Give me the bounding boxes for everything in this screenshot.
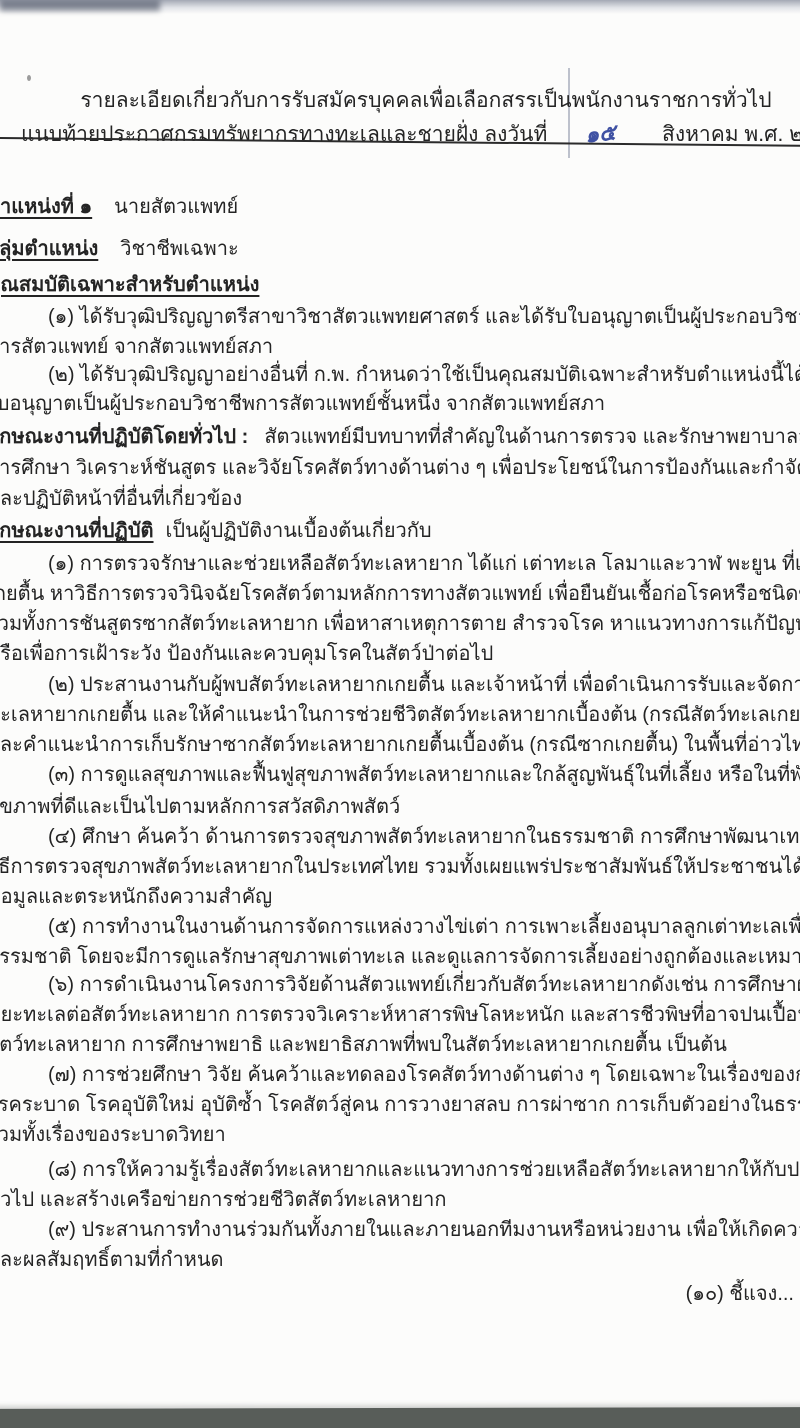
- doc-line: เกยตื้น หาวิธีการตรวจวินิจฉัยโรคสัตว์ตาม…: [0, 581, 800, 607]
- doc-line: (๘) การให้ความรู้เรื่องสัตว์ทะเลหายากและ…: [48, 1157, 800, 1183]
- group-label: กลุ่มตำแหน่ง: [0, 238, 98, 260]
- doc-line: (๒) ประสานงานกับผู้พบสัตว์ทะเลหายากเกยตื…: [48, 672, 800, 698]
- group-value: วิชาชีพเฉพาะ: [120, 238, 238, 260]
- doc-line: (๓) การดูแลสุขภาพและฟื้นฟูสุขภาพสัตว์ทะเ…: [48, 762, 800, 788]
- document-title: รายละเอียดเกี่ยวกับการรับสมัครบุคคลเพื่อ…: [26, 84, 800, 117]
- doc-line: การสัตวแพทย์ จากสัตวแพทย์สภา: [0, 334, 273, 360]
- doc-line: ธรรมชาติ โดยจะมีการดูแลรักษาสุขภาพเต่าทะ…: [0, 944, 800, 970]
- doc-line: (๗) การช่วยศึกษา วิจัย ค้นคว้าและทดลองโร…: [48, 1062, 800, 1088]
- doc-line: วิธีการตรวจสุขภาพสัตว์ทะเลหายากในประเทศไ…: [0, 854, 800, 880]
- duties-heading: ลักษณะงานที่ปฏิบัติ: [0, 520, 154, 542]
- doc-line: (๖) การดำเนินงานโครงการวิจัยด้านสัตวแพทย…: [48, 972, 800, 998]
- doc-line: และคำแนะนำการเก็บรักษาซากสัตว์ทะเลหายากเ…: [0, 732, 800, 758]
- doc-line: (๒) ได้รับวุฒิปริญญาอย่างอื่นที่ ก.พ. กำ…: [48, 362, 800, 388]
- scan-bottom-edge: [0, 1407, 800, 1428]
- position-label: ตำแหน่งที่ ๑: [0, 196, 92, 218]
- general-duties-heading: ลักษณะงานที่ปฏิบัติโดยทั่วไป :: [0, 426, 248, 448]
- doc-line: และผลสัมฤทธิ์ตามที่กำหนด: [0, 1247, 224, 1273]
- doc-line: (๙) ประสานการทำงานร่วมกันทั้งภายในและภาย…: [48, 1217, 800, 1243]
- doc-line: รวมทั้งการชันสูตรซากสัตว์ทะเลหายาก เพื่อ…: [0, 611, 800, 637]
- group-row: กลุ่มตำแหน่งวิชาชีพเฉพาะ: [0, 236, 239, 262]
- doc-line: ข้อมูลและตระหนักถึงความสำคัญ: [0, 884, 272, 910]
- general-duties-row: ลักษณะงานที่ปฏิบัติโดยทั่วไป :สัตวแพทย์ม…: [0, 424, 800, 450]
- doc-line: (๕) การทำงานในงานด้านการจัดการแหล่งวางไข…: [48, 914, 800, 940]
- doc-line: โรคระบาด โรคอุบัติใหม่ อุบัติซ้ำ โรคสัตว…: [0, 1092, 800, 1118]
- position-row: ตำแหน่งที่ ๑นายสัตวแพทย์: [0, 194, 238, 220]
- doc-line: สุขภาพที่ดีและเป็นไปตามหลักการสวัสดิภาพส…: [0, 794, 400, 820]
- scan-top-left-smudge: [0, 0, 160, 11]
- doc-line: และปฏิบัติหน้าที่อื่นที่เกี่ยวข้อง: [0, 486, 242, 512]
- doc-line: การศึกษา วิเคราะห์ชันสูตร และวิจัยโรคสัต…: [0, 455, 800, 481]
- duties-intro: เป็นผู้ปฏิบัติงานเบื้องต้นเกี่ยวกับ: [166, 520, 432, 542]
- doc-line: (๑) ได้รับวุฒิปริญญาตรีสาขาวิชาสัตวแพทยศ…: [48, 304, 800, 330]
- page-continuation-marker: (๑๐) ชี้แจง...: [686, 1277, 794, 1309]
- doc-line: รวมทั้งเรื่องของระบาดวิทยา: [0, 1122, 226, 1148]
- duties-heading-row: ลักษณะงานที่ปฏิบัติเป็นผู้ปฏิบัติงานเบื้…: [0, 518, 432, 544]
- scanned-document-page: รายละเอียดเกี่ยวกับการรับสมัครบุคคลเพื่อ…: [0, 0, 800, 1428]
- doc-line: สัตว์ทะเลหายาก การศึกษาพยาธิ และพยาธิสภา…: [0, 1032, 727, 1058]
- doc-line: ใบอนุญาตเป็นผู้ประกอบวิชาชีพการสัตวแพทย์…: [0, 391, 605, 417]
- doc-line: ทะเลหายากเกยตื้น และให้คำแนะนำในการช่วยช…: [0, 702, 800, 728]
- position-value: นายสัตวแพทย์: [114, 196, 238, 218]
- doc-line: สัตวแพทย์มีบทบาทที่สำคัญในด้านการตรวจ แล…: [264, 426, 800, 448]
- doc-line: (๔) ศึกษา ค้นคว้า ด้านการตรวจสุขภาพสัตว์…: [48, 824, 800, 850]
- doc-line: หรือเพื่อการเฝ้าระวัง ป้องกันและควบคุมโร…: [0, 641, 493, 667]
- ink-speck: [27, 75, 31, 81]
- subtitle-after-date: สิงหาคม พ.ศ. ๒๕๖๖: [662, 123, 800, 146]
- doc-line: ขยะทะเลต่อสัตว์ทะเลหายาก การตรวจวิเคราะห…: [0, 1002, 800, 1028]
- doc-line: ทั่วไป และสร้างเครือข่ายการช่วยชีวิตสัตว…: [0, 1187, 446, 1213]
- doc-line: (๑) การตรวจรักษาและช่วยเหลือสัตว์ทะเลหาย…: [48, 551, 800, 577]
- qualifications-heading: คุณสมบัติเฉพาะสำหรับตำแหน่ง: [0, 272, 259, 298]
- handwritten-date: ๑๕: [584, 114, 618, 152]
